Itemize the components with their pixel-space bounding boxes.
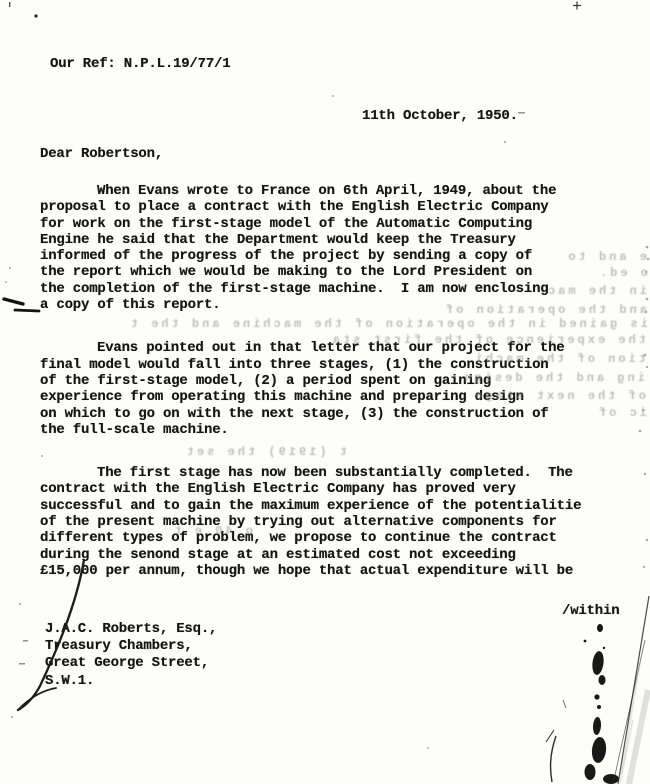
gray-streaks bbox=[620, 662, 648, 784]
bleedthrough-text: is gained in the operation of the machin… bbox=[112, 317, 648, 331]
letter-line: The first stage has now been substantial… bbox=[40, 465, 650, 481]
ink-blotches bbox=[584, 624, 619, 784]
bleedthrough-text: o ed. bbox=[598, 266, 648, 280]
margin-dash-mark bbox=[4, 299, 39, 311]
letter-line: of the present machine by trying out alt… bbox=[40, 514, 650, 530]
letter-line: during the senond stage at an estimated … bbox=[40, 547, 650, 563]
ink-speck bbox=[9, 2, 10, 7]
letter-line: the full-scale machine. bbox=[40, 422, 650, 438]
bleedthrough-text: of the next stage bbox=[468, 389, 646, 403]
address-line: Treasury Chambers, bbox=[45, 638, 217, 655]
letter-line: successful and to gain the maximum exper… bbox=[40, 498, 650, 514]
letter-line: informed of the progress of the project … bbox=[40, 248, 650, 264]
ink-speck bbox=[518, 112, 525, 114]
edge-scratches bbox=[546, 596, 649, 784]
bleedthrough-text: in the mac bbox=[543, 284, 647, 298]
continuation-marker: /within bbox=[562, 603, 619, 619]
address-line: J.A.C. Roberts, Esq., bbox=[45, 621, 217, 638]
address-line: Great George Street, bbox=[45, 655, 217, 672]
letter-line: different types of problem, we propose t… bbox=[40, 530, 650, 546]
letter-line: £15,000 per annum, though we hope that a… bbox=[40, 563, 650, 579]
letter-line: Engine he said that the Department would… bbox=[40, 232, 650, 248]
pen-speck bbox=[19, 640, 28, 665]
recipient-address: J.A.C. Roberts, Esq.,Treasury Chambers,G… bbox=[45, 621, 217, 690]
letter-line: on which to go on with the next stage, (… bbox=[40, 406, 650, 422]
address-line: S.W.1. bbox=[45, 673, 217, 690]
bleedthrough-text: ic of bbox=[597, 406, 647, 420]
bleedthrough-text: o 40 e t bbox=[168, 524, 253, 538]
registration-plus-mark bbox=[573, 2, 581, 10]
letter-line: proposal to place a contract with the En… bbox=[40, 199, 650, 215]
scanned-letter-page: Our Ref: N.P.L.19/77/1 11th October, 195… bbox=[0, 0, 650, 784]
letter-line: for work on the first-stage model of the… bbox=[40, 216, 650, 232]
paragraph: The first stage has now been substantial… bbox=[40, 465, 650, 579]
bleedthrough-text: e and to bbox=[563, 250, 647, 264]
ink-speck bbox=[34, 14, 37, 17]
reference-number: Our Ref: N.P.L.19/77/1 bbox=[50, 56, 230, 72]
bleedthrough-text: ing and the design bbox=[452, 371, 645, 385]
salutation: Dear Robertson, bbox=[40, 146, 163, 162]
bleedthrough-text: the experience of the first sta bbox=[328, 333, 646, 347]
letter-date: 11th October, 1950. bbox=[362, 108, 518, 124]
letter-line: contract with the English Electric Compa… bbox=[40, 481, 650, 497]
bleedthrough-text: t (1919) the set bbox=[175, 445, 347, 459]
bleedthrough-text: and the operation of bbox=[427, 303, 647, 317]
letter-line: the report which we would be making to t… bbox=[40, 264, 650, 280]
bleedthrough-text: tion of the machi bbox=[468, 352, 646, 366]
letter-line: When Evans wrote to France on 6th April,… bbox=[40, 183, 650, 199]
